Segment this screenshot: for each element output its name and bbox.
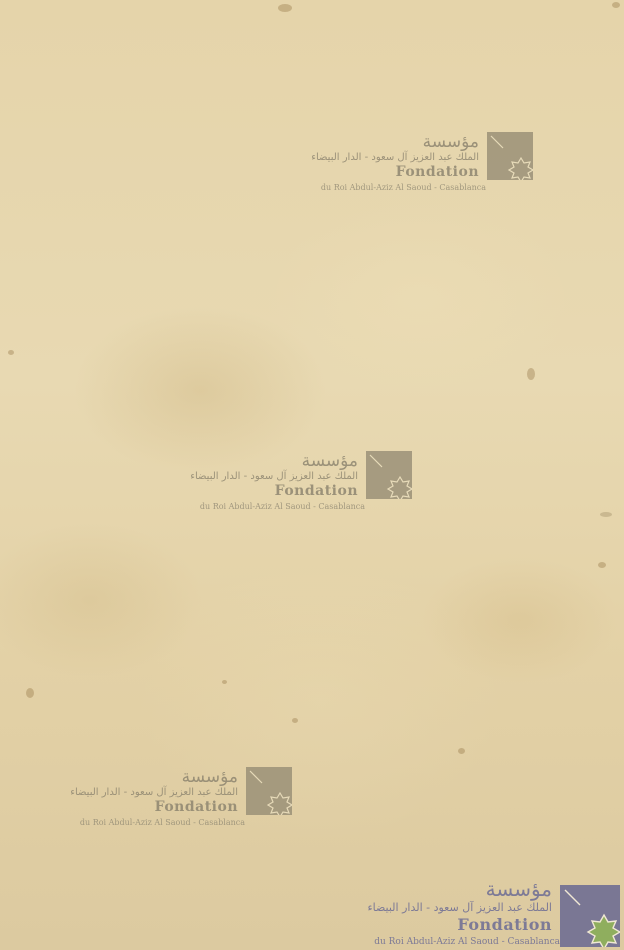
stain-spot	[527, 368, 535, 380]
foundation-logo-icon	[366, 451, 412, 499]
foundation-logo-icon	[487, 132, 533, 180]
stain-spot	[458, 748, 465, 754]
watermark-arabic-subtitle: الملك عبد العزيز آل سعود - الدار البيضاء	[311, 152, 479, 163]
watermark-arabic-title: مؤسسة	[486, 877, 552, 901]
foundation-watermark: مؤسسة الملك عبد العزيز آل سعود - الدار ا…	[190, 451, 412, 517]
watermark-french-title: Fondation	[457, 915, 552, 934]
watermark-arabic-subtitle: الملك عبد العزيز آل سعود - الدار البيضاء	[70, 787, 238, 798]
stain-spot	[26, 688, 34, 698]
watermark-french-title: Fondation	[275, 483, 358, 499]
stain-spot	[600, 512, 612, 517]
watermark-french-title: Fondation	[155, 799, 238, 815]
watermark-arabic-title: مؤسسة	[302, 451, 358, 471]
watermark-arabic-subtitle: الملك عبد العزيز آل سعود - الدار البيضاء	[367, 901, 552, 914]
foundation-watermark: مؤسسة الملك عبد العزيز آل سعود - الدار ا…	[60, 767, 292, 833]
watermark-french-subtitle: du Roi Abdul-Aziz Al Saoud - Casablanca	[200, 502, 365, 511]
stain-spot	[222, 680, 227, 684]
watermark-french-subtitle: du Roi Abdul-Aziz Al Saoud - Casablanca	[321, 183, 486, 192]
watermark-arabic-title: مؤسسة	[182, 767, 238, 787]
stain-spot	[292, 718, 298, 723]
stain-spot	[8, 350, 14, 355]
watermark-french-subtitle: du Roi Abdul-Aziz Al Saoud - Casablanca	[80, 818, 245, 827]
foundation-watermark: مؤسسة الملك عبد العزيز آل سعود - الدار ا…	[340, 877, 620, 950]
watermark-french-subtitle: du Roi Abdul-Aziz Al Saoud - Casablanca	[374, 937, 560, 947]
foundation-logo-icon	[246, 767, 292, 815]
foundation-logo-icon	[560, 885, 620, 947]
foundation-watermark: مؤسسة الملك عبد العزيز آل سعود - الدار ا…	[300, 132, 533, 198]
stain-spot	[612, 2, 620, 8]
stain-spot	[278, 4, 292, 12]
watermark-arabic-subtitle: الملك عبد العزيز آل سعود - الدار البيضاء	[190, 471, 358, 482]
stain-spot	[598, 562, 606, 568]
watermark-french-title: Fondation	[396, 164, 479, 180]
watermark-arabic-title: مؤسسة	[423, 132, 479, 152]
